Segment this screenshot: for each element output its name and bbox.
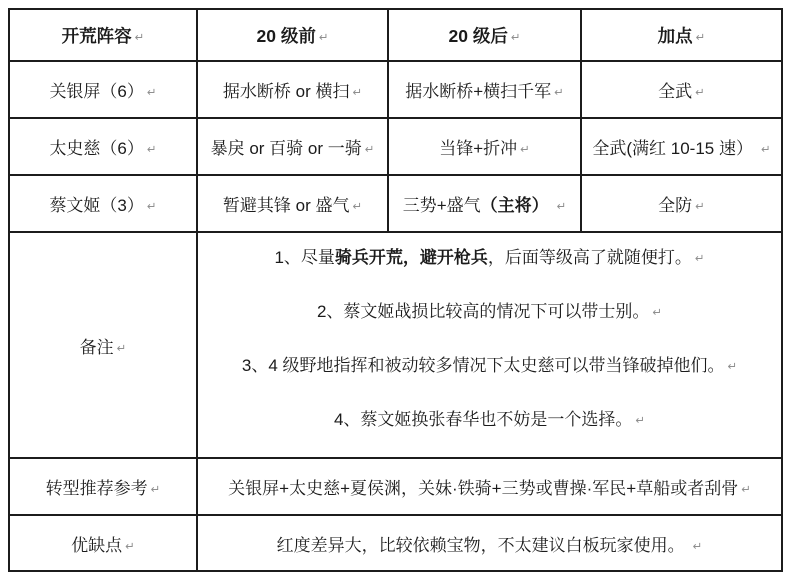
return-mark-icon: ↵ (147, 144, 157, 156)
before20-cell: 暂避其锋 or 盛气↵ (197, 175, 388, 232)
before20-value: 据水断桥 or 横扫 (223, 82, 350, 101)
table-row: 关银屏（6）↵ 据水断桥 or 横扫↵ 据水断桥+横扫千军↵ 全武↵ (9, 61, 782, 118)
transition-row: 转型推荐参考↵ 关银屏+太史慈+夏侯渊，关妹·铁骑+三势或曹操·军民+草船或者刮… (9, 458, 782, 515)
lineup-table: 开荒阵容↵ 20 级前↵ 20 级后↵ 加点↵ 关银屏（6）↵ 据水断桥 or … (8, 8, 783, 572)
header-cell-points: 加点↵ (581, 9, 782, 61)
header-before20-label: 20 级前 (257, 26, 316, 46)
before20-value: 暴戾 or 百骑 or 一骑 (211, 139, 362, 158)
return-mark-icon: ↵ (761, 144, 771, 156)
pros-cons-text: 红度差异大，比较依赖宝物，不太建议白板玩家使用。 (277, 536, 685, 555)
return-mark-icon: ↵ (117, 343, 127, 355)
return-mark-icon: ↵ (695, 253, 705, 265)
hero-name: 蔡文姬（3） (49, 196, 143, 215)
return-mark-icon: ↵ (125, 541, 135, 553)
return-mark-icon: ↵ (352, 87, 362, 99)
return-mark-icon: ↵ (695, 87, 705, 99)
hero-name-cell: 太史慈（6）↵ (9, 118, 197, 175)
after20-cell: 当锋+折冲↵ (388, 118, 581, 175)
points-cell: 全武↵ (581, 61, 782, 118)
return-mark-icon: ↵ (135, 32, 145, 44)
points-cell: 全武(满红 10-15 速）↵ (581, 118, 782, 175)
table-header-row: 开荒阵容↵ 20 级前↵ 20 级后↵ 加点↵ (9, 9, 782, 61)
points-value: 全防 (658, 196, 692, 215)
hero-name-cell: 蔡文姬（3）↵ (9, 175, 197, 232)
header-cell-after20: 20 级后↵ (388, 9, 581, 61)
table-row: 蔡文姬（3）↵ 暂避其锋 or 盛气↵ 三势+盛气（主将）↵ 全防↵ (9, 175, 782, 232)
return-mark-icon: ↵ (147, 201, 157, 213)
header-points-label: 加点 (658, 26, 693, 46)
return-mark-icon: ↵ (352, 201, 362, 213)
note-item-1: 1、尽量骑兵开荒，避开枪兵，后面等级高了就随便打。↵ (202, 247, 777, 270)
document-page: 开荒阵容↵ 20 级前↵ 20 级后↵ 加点↵ 关银屏（6）↵ 据水断桥 or … (0, 0, 787, 572)
notes-row: 备注↵ 1、尽量骑兵开荒，避开枪兵，后面等级高了就随便打。↵ 2、蔡文姬战损比较… (9, 232, 782, 458)
return-mark-icon: ↵ (696, 32, 706, 44)
header-lineup-label: 开荒阵容 (62, 26, 132, 46)
transition-text: 关银屏+太史慈+夏侯渊，关妹·铁骑+三势或曹操·军民+草船或者刮骨 (228, 479, 738, 498)
return-mark-icon: ↵ (728, 361, 738, 373)
return-mark-icon: ↵ (511, 32, 521, 44)
before20-value: 暂避其锋 or 盛气 (223, 196, 350, 215)
return-mark-icon: ↵ (520, 144, 530, 156)
hero-name: 太史慈（6） (49, 139, 143, 158)
points-value: 全武(满红 10-15 速） (592, 139, 753, 158)
after20-value: 当锋+折冲 (439, 139, 517, 158)
header-after20-label: 20 级后 (449, 26, 508, 46)
return-mark-icon: ↵ (557, 201, 567, 213)
pros-cons-row: 优缺点↵ 红度差异大，比较依赖宝物，不太建议白板玩家使用。↵ (9, 515, 782, 571)
note-item-2: 2、蔡文姬战损比较高的情况下可以带士别。↵ (202, 301, 777, 324)
hero-name: 关银屏（6） (49, 82, 143, 101)
note-item-3: 3、4 级野地指挥和被动较多情况下太史慈可以带当锋破掉他们。↵ (202, 355, 777, 378)
return-mark-icon: ↵ (635, 415, 645, 427)
return-mark-icon: ↵ (741, 484, 751, 496)
return-mark-icon: ↵ (652, 307, 662, 319)
header-cell-before20: 20 级前↵ (197, 9, 388, 61)
return-mark-icon: ↵ (365, 144, 375, 156)
after20-value-normal: 三势+盛气 (403, 196, 481, 215)
notes-label-cell: 备注↵ (9, 232, 197, 458)
before20-cell: 据水断桥 or 横扫↵ (197, 61, 388, 118)
hero-name-cell: 关银屏（6）↵ (9, 61, 197, 118)
return-mark-icon: ↵ (151, 484, 161, 496)
return-mark-icon: ↵ (695, 201, 705, 213)
after20-cell: 三势+盛气（主将）↵ (388, 175, 581, 232)
points-value: 全武 (658, 82, 692, 101)
before20-cell: 暴戾 or 百骑 or 一骑↵ (197, 118, 388, 175)
after20-cell: 据水断桥+横扫千军↵ (388, 61, 581, 118)
transition-label-cell: 转型推荐参考↵ (9, 458, 197, 515)
after20-value: 据水断桥+横扫千军 (405, 82, 551, 101)
note2-text: 2、蔡文姬战损比较高的情况下可以带士别。 (317, 302, 649, 321)
after20-value-bold: （主将） (481, 196, 549, 215)
transition-content-cell: 关银屏+太史慈+夏侯渊，关妹·铁骑+三势或曹操·军民+草船或者刮骨↵ (197, 458, 782, 515)
note1-prefix: 1、尽量 (274, 248, 334, 267)
note1-suffix: ，后面等级高了就随便打。 (488, 248, 692, 267)
notes-label: 备注 (80, 338, 114, 357)
return-mark-icon: ↵ (319, 32, 329, 44)
return-mark-icon: ↵ (147, 87, 157, 99)
transition-label: 转型推荐参考 (46, 479, 148, 498)
pros-cons-label: 优缺点 (71, 536, 122, 555)
note4-text: 4、蔡文姬换张春华也不妨是一个选择。 (334, 410, 632, 429)
points-cell: 全防↵ (581, 175, 782, 232)
pros-cons-label-cell: 优缺点↵ (9, 515, 197, 571)
note1-bold: 骑兵开荒，避开枪兵 (335, 248, 488, 267)
return-mark-icon: ↵ (693, 541, 703, 553)
pros-cons-content-cell: 红度差异大，比较依赖宝物，不太建议白板玩家使用。↵ (197, 515, 782, 571)
notes-content-cell: 1、尽量骑兵开荒，避开枪兵，后面等级高了就随便打。↵ 2、蔡文姬战损比较高的情况… (197, 232, 782, 458)
table-row: 太史慈（6）↵ 暴戾 or 百骑 or 一骑↵ 当锋+折冲↵ 全武(满红 10-… (9, 118, 782, 175)
header-cell-lineup: 开荒阵容↵ (9, 9, 197, 61)
return-mark-icon: ↵ (554, 87, 564, 99)
note3-text: 3、4 级野地指挥和被动较多情况下太史慈可以带当锋破掉他们。 (242, 356, 725, 375)
note-item-4: 4、蔡文姬换张春华也不妨是一个选择。↵ (202, 409, 777, 432)
